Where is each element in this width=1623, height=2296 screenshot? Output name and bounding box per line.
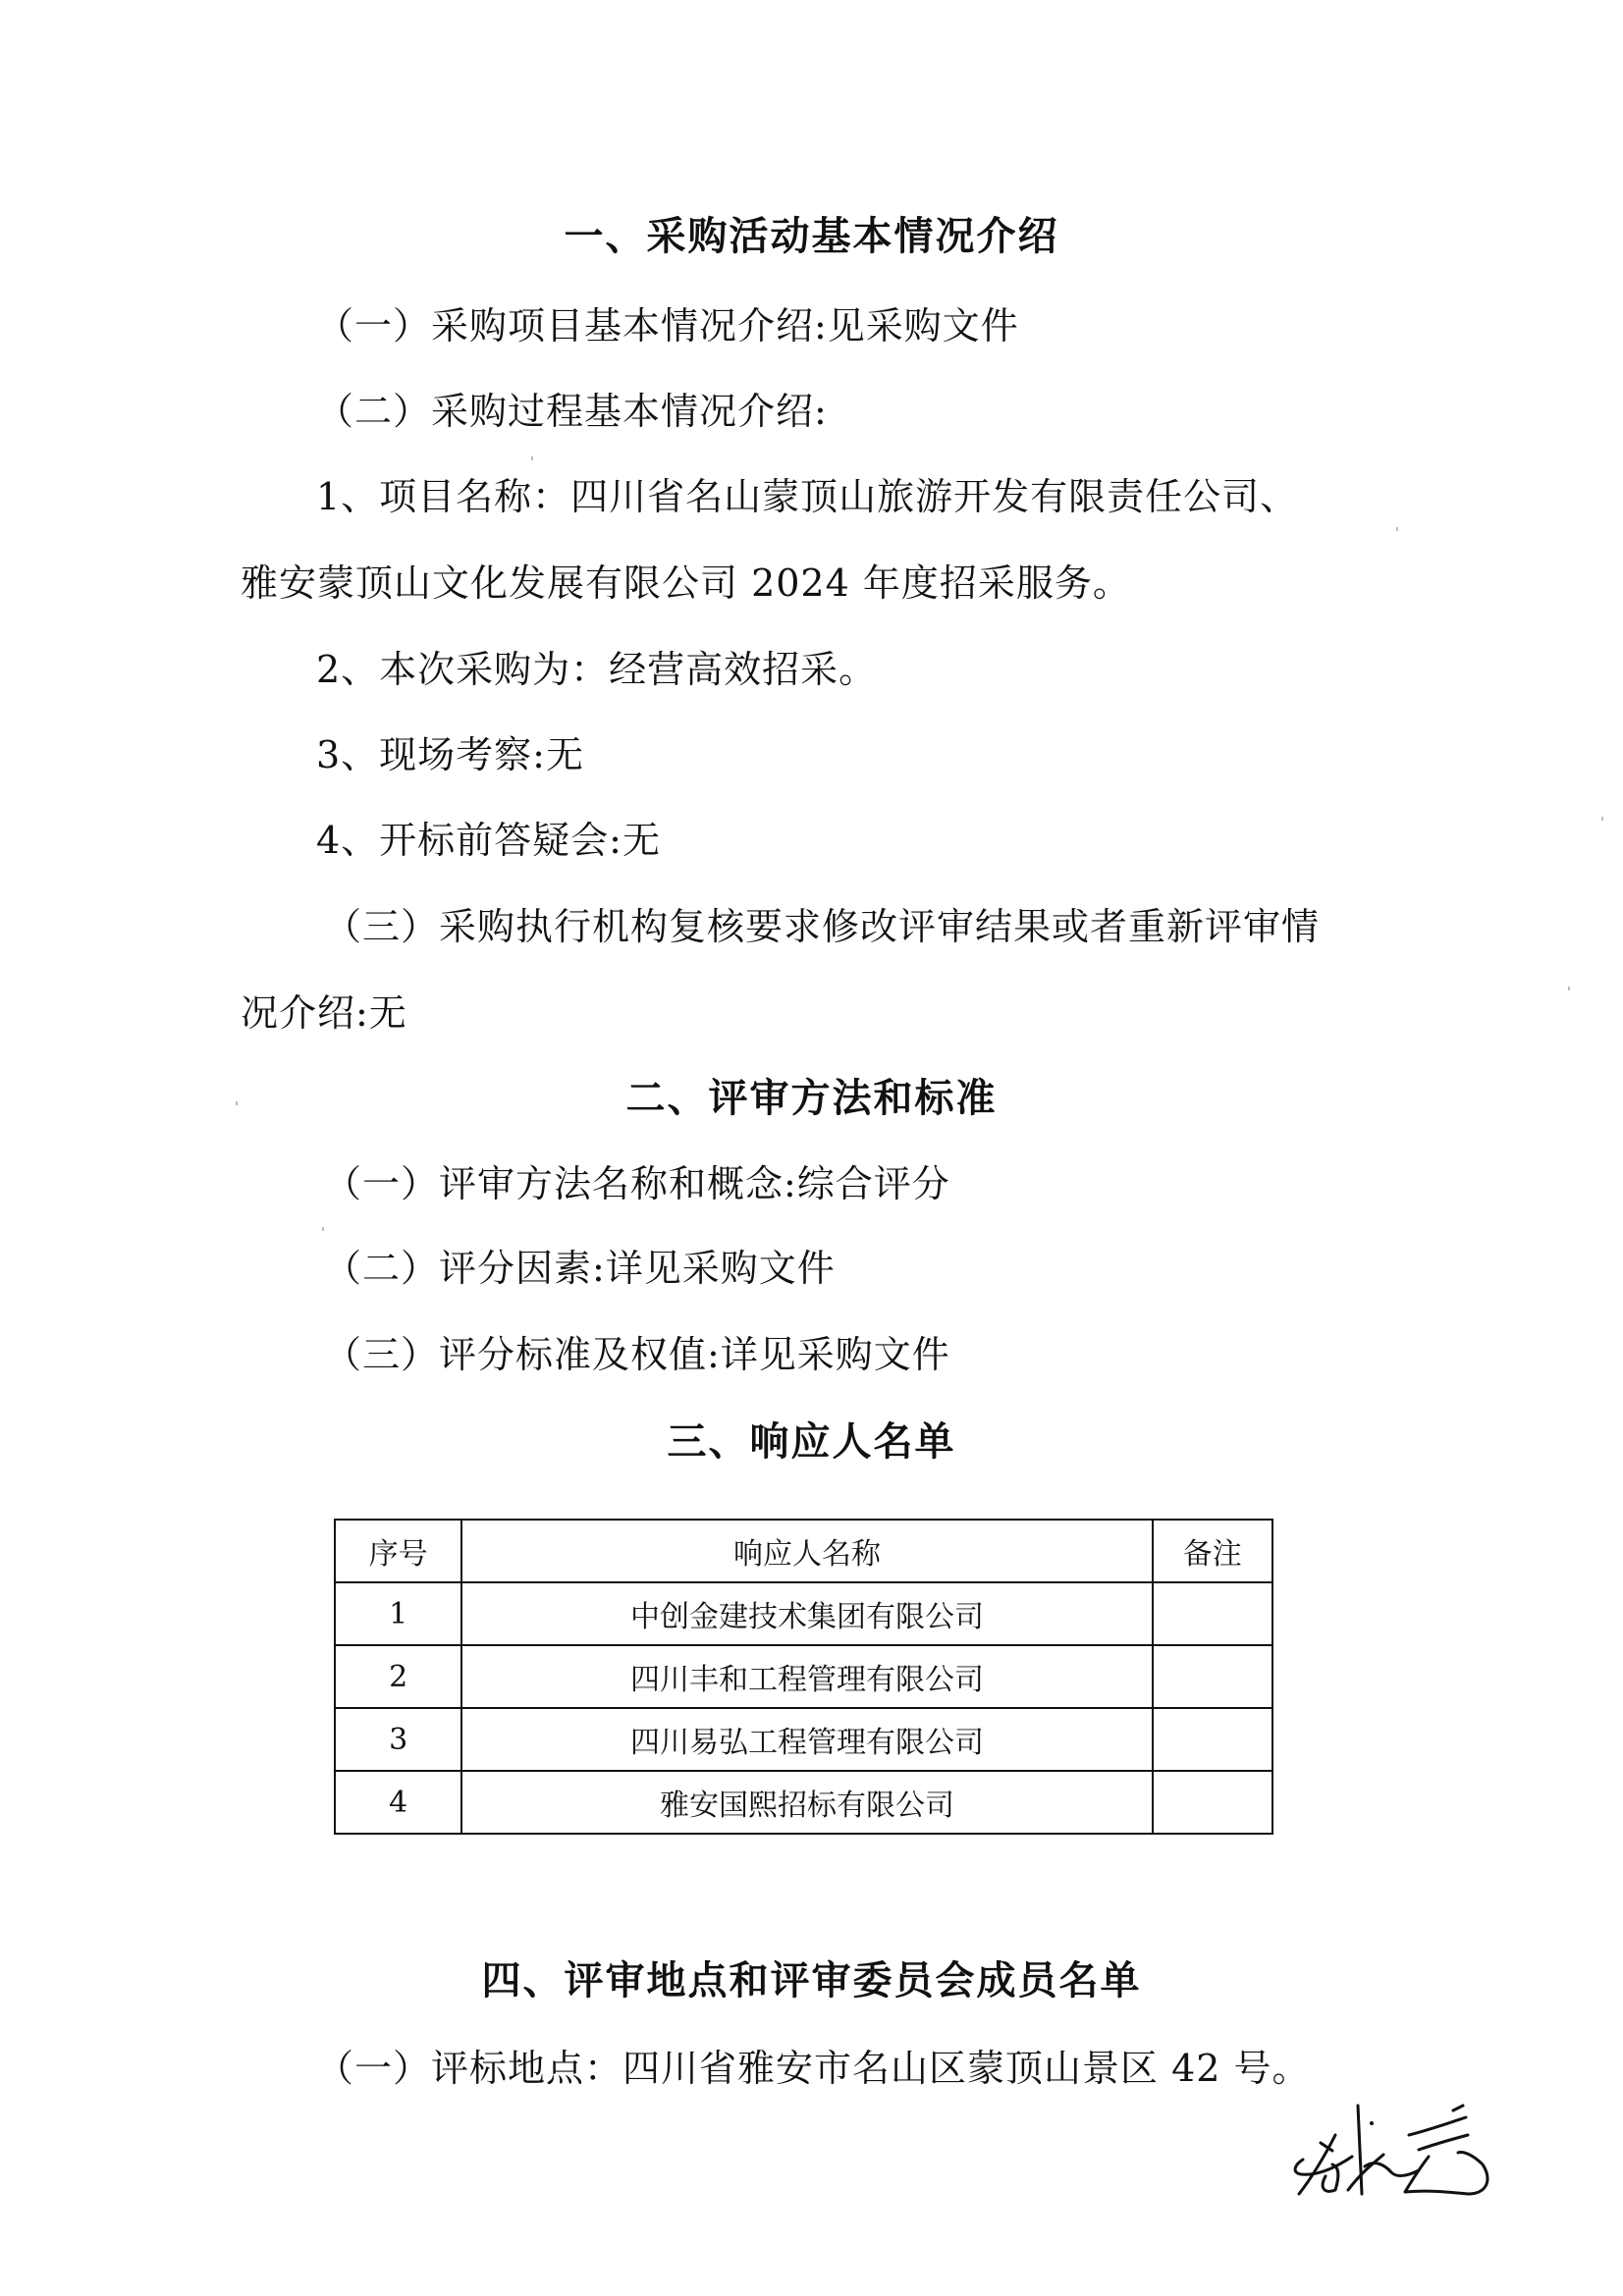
scan-artifact [1396,527,1398,531]
cell-name: 雅安国熙招标有限公司 [461,1771,1152,1834]
cell-note [1153,1771,1272,1834]
table-row: 1 中创金建技术集团有限公司 [335,1582,1272,1645]
table-header-row: 序号 响应人名称 备注 [335,1520,1272,1582]
handwritten-signature-icon [1281,2096,1517,2204]
section1-item2: （二）采购过程基本情况介绍: [316,390,828,433]
cell-name: 四川丰和工程管理有限公司 [461,1645,1152,1708]
section1-title: 一、采购活动基本情况介绍 [0,214,1623,259]
section1-point4: 4、开标前答疑会:无 [316,819,661,862]
section1-point1-line1: 1、项目名称：四川省名山蒙顶山旅游开发有限责任公司、 [316,475,1298,518]
section1-point1-line2: 雅安蒙顶山文化发展有限公司 2024 年度招采服务。 [241,561,1131,605]
scan-artifact [236,1101,238,1105]
cell-no: 4 [335,1771,461,1834]
table-row: 4 雅安国熙招标有限公司 [335,1771,1272,1834]
cell-no: 1 [335,1582,461,1645]
header-name: 响应人名称 [461,1520,1152,1582]
section3-title: 三、响应人名单 [0,1419,1623,1465]
section1-point3: 3、现场考察:无 [316,733,584,776]
section1-item3-line2: 况介绍:无 [241,991,407,1035]
scan-artifact [322,1227,324,1231]
section1-item3-line1: （三）采购执行机构复核要求修改评审结果或者重新评审情 [324,905,1320,948]
section1-point2: 2、本次采购为：经营高效招采。 [316,648,877,691]
section2-item1: （一）评审方法名称和概念:综合评分 [324,1162,950,1205]
scan-artifact [531,456,533,460]
section2-item2: （二）评分因素:详见采购文件 [324,1247,836,1290]
cell-note [1153,1708,1272,1771]
header-no: 序号 [335,1520,461,1582]
cell-no: 2 [335,1645,461,1708]
header-note: 备注 [1153,1520,1272,1582]
cell-note [1153,1582,1272,1645]
table-row: 3 四川易弘工程管理有限公司 [335,1708,1272,1771]
cell-no: 3 [335,1708,461,1771]
cell-name: 四川易弘工程管理有限公司 [461,1708,1152,1771]
section2-title: 二、评审方法和标准 [0,1076,1623,1121]
table-row: 2 四川丰和工程管理有限公司 [335,1645,1272,1708]
section4-title: 四、评审地点和评审委员会成员名单 [0,1958,1623,2003]
scan-artifact [1601,817,1603,821]
section1-item1: （一）采购项目基本情况介绍:见采购文件 [316,304,1019,347]
cell-name: 中创金建技术集团有限公司 [461,1582,1152,1645]
cell-note [1153,1645,1272,1708]
respondent-table: 序号 响应人名称 备注 1 中创金建技术集团有限公司 2 四川丰和工程管理有限公… [334,1519,1273,1835]
scan-artifact [1568,987,1570,990]
section4-item1: （一）评标地点：四川省雅安市名山区蒙顶山景区 42 号。 [316,2047,1311,2090]
section2-item3: （三）评分标准及权值:详见采购文件 [324,1333,950,1376]
document-page: 一、采购活动基本情况介绍 （一）采购项目基本情况介绍:见采购文件 （二）采购过程… [0,0,1623,2296]
